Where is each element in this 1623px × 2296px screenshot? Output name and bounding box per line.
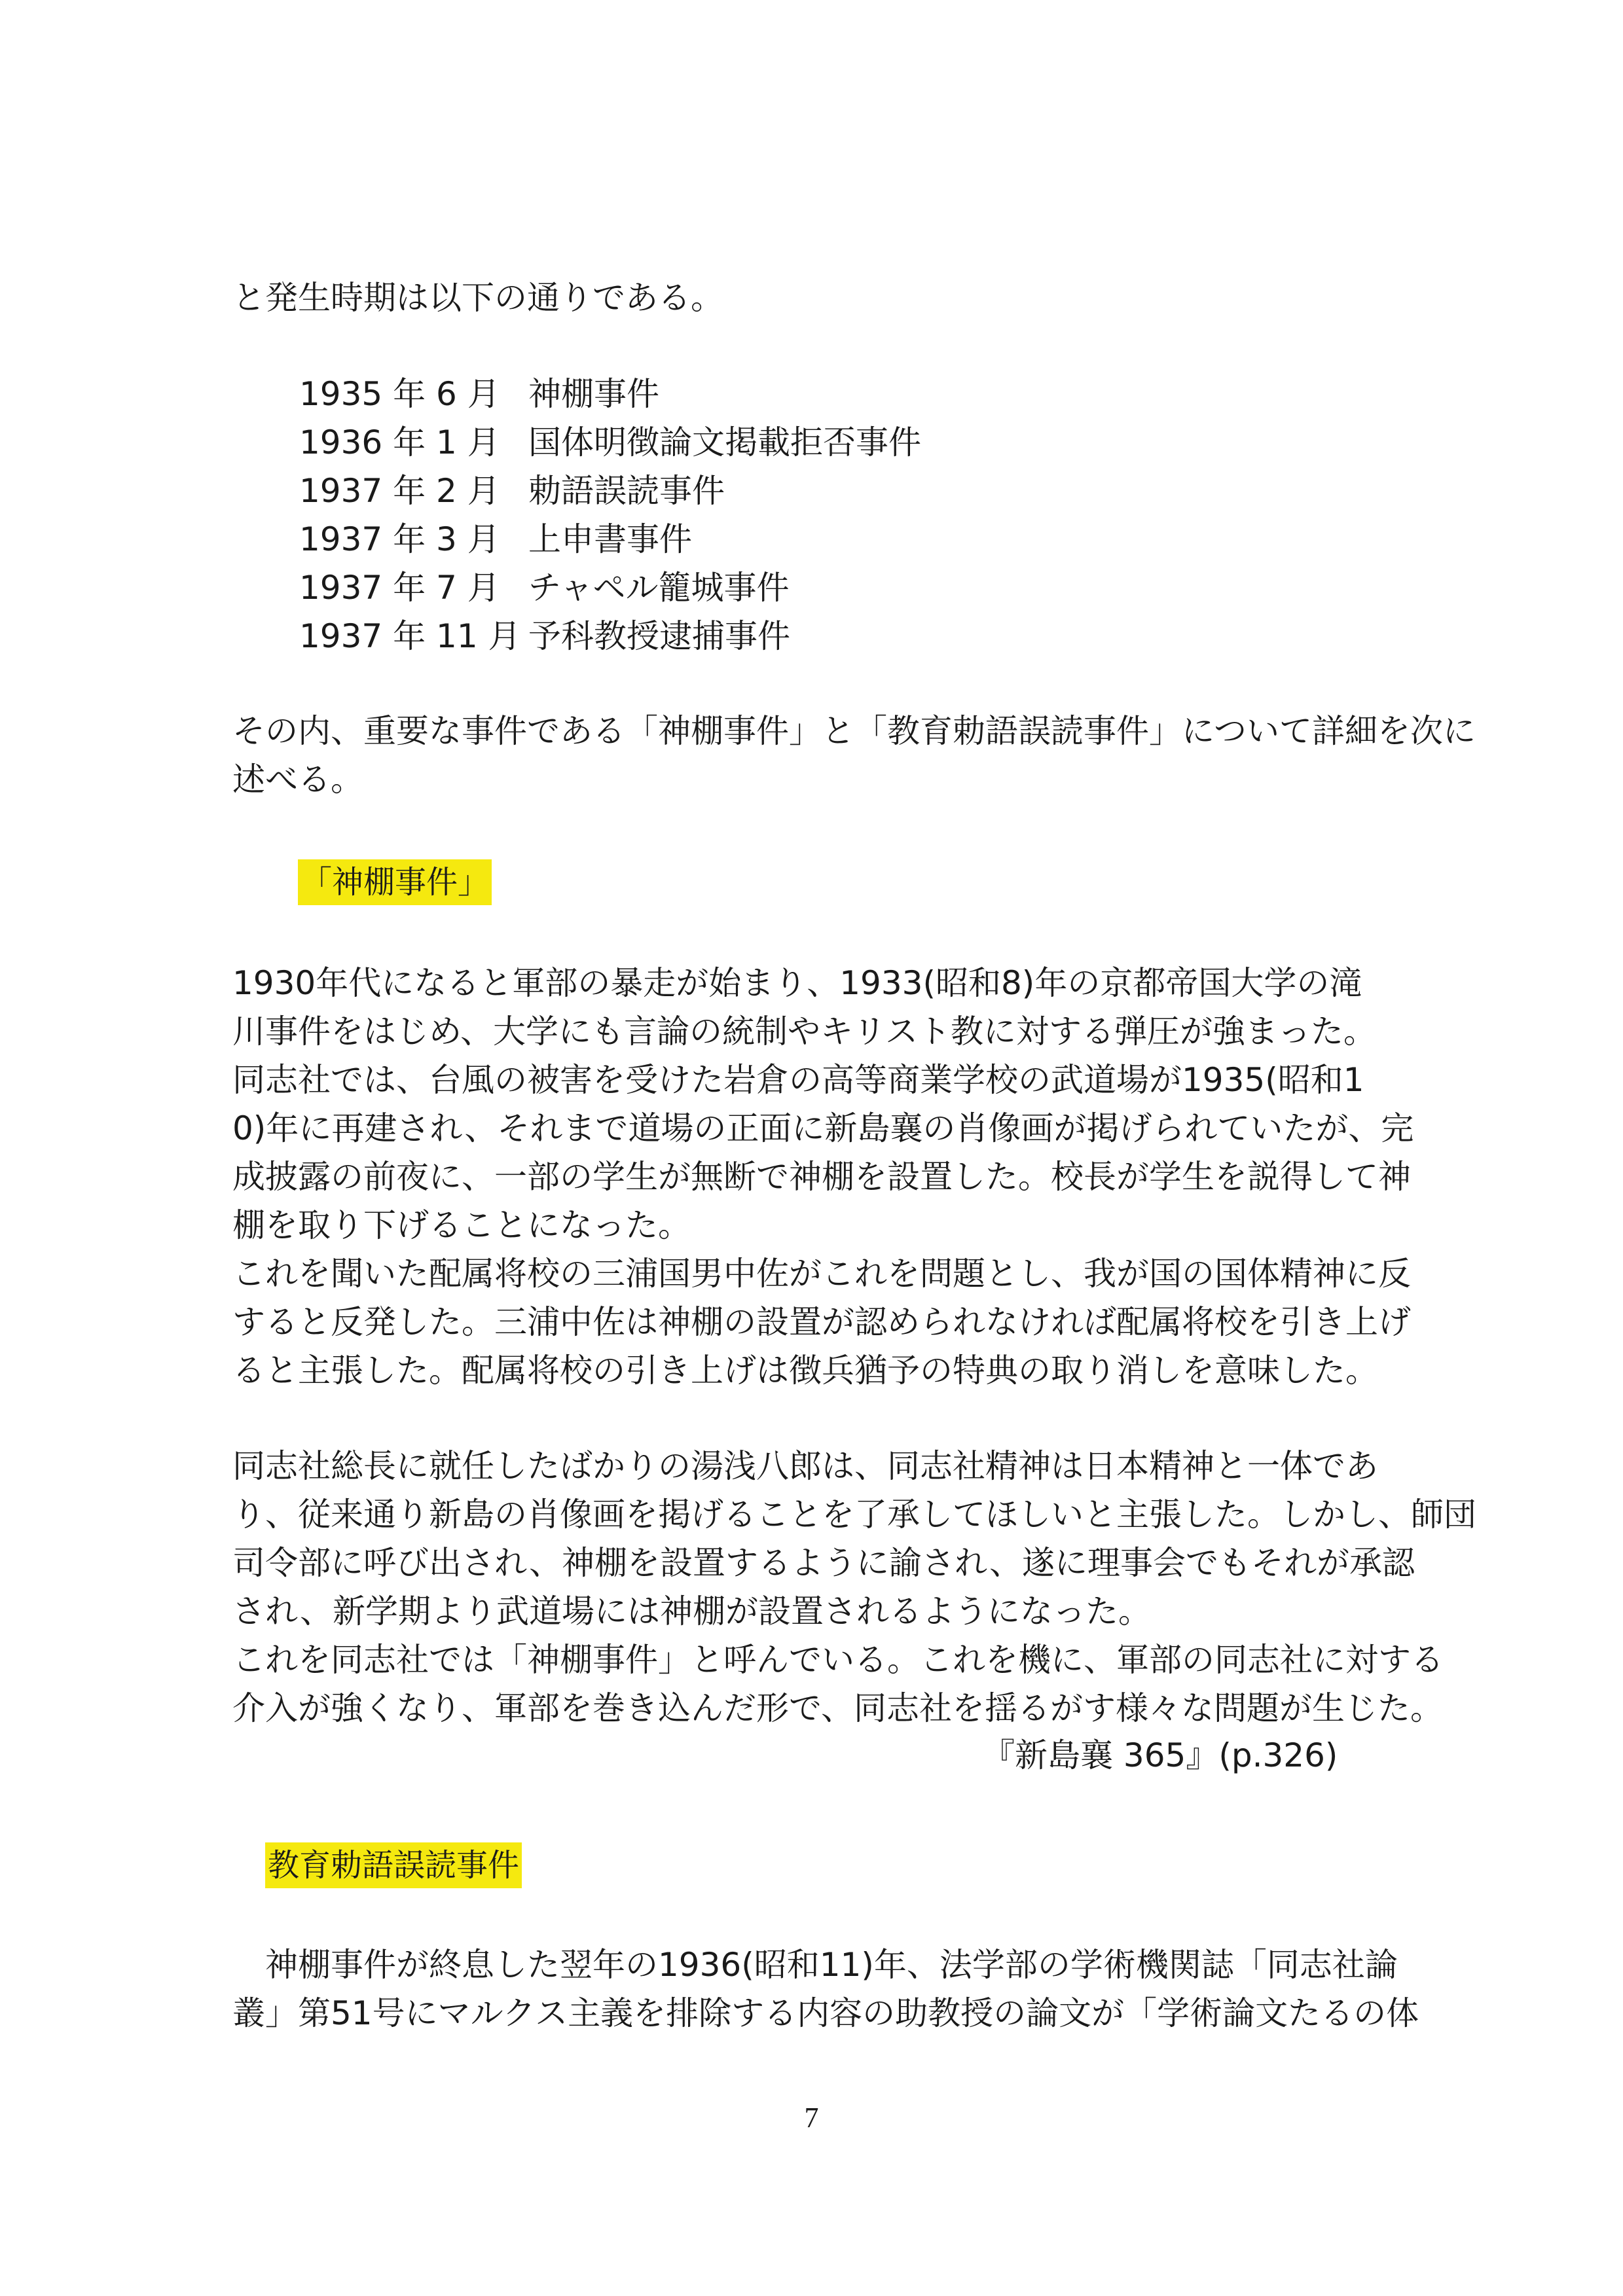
incident-name: 勅語誤読事件 xyxy=(528,472,725,510)
paragraph-line: 川事件をはじめ、大学にも言論の統制やキリスト教に対する弾圧が強まった。 xyxy=(232,1007,1376,1056)
paragraph-line: これを聞いた配属将校の三浦国男中佐がこれを問題とし、我が国の国体精神に反 xyxy=(232,1249,1411,1298)
incident-name: 上申書事件 xyxy=(528,520,692,558)
paragraph-line: 叢」第51号にマルクス主義を排除する内容の助教授の論文が「学術論文たるの体 xyxy=(232,1989,1419,2037)
incident-name: チャペル籠城事件 xyxy=(528,569,790,607)
paragraph-line: 棚を取り下げることになった。 xyxy=(232,1201,691,1249)
incident-date: 1937 年 7 月 xyxy=(299,564,528,612)
paragraph-line: され、新学期より武道場には神棚が設置されるようになった。 xyxy=(232,1587,1151,1636)
summary-line: 述べる。 xyxy=(232,755,363,804)
paragraph-line: 成披露の前夜に、一部の学生が無断で神棚を設置した。校長が学生を説得して神 xyxy=(232,1153,1411,1201)
incident-list-item: 1937 年 3 月上申書事件 xyxy=(299,515,692,564)
incident-date: 1937 年 2 月 xyxy=(299,467,528,515)
paragraph-line: 同志社総長に就任したばかりの湯浅八郎は、同志社精神は日本精神と一体であ xyxy=(232,1442,1378,1490)
section-heading-kamidana: 「神棚事件」 xyxy=(298,859,492,905)
paragraph-line: 司令部に呼び出され、神棚を設置するように諭され、遂に理事会でもそれが承認 xyxy=(232,1539,1415,1587)
incident-date: 1937 年 3 月 xyxy=(299,515,528,564)
paragraph-line: すると反発した。三浦中佐は神棚の設置が認められなければ配属将校を引き上げ xyxy=(232,1298,1411,1346)
page-number: 7 xyxy=(0,2101,1623,2134)
paragraph-line: 0)年に再建され、それまで道場の正面に新島襄の肖像画が掲げられていたが、完 xyxy=(232,1104,1413,1153)
section-heading-rescript: 教育勅語誤読事件 xyxy=(265,1842,522,1888)
incident-date: 1936 年 1 月 xyxy=(299,418,528,467)
paragraph-line: ると主張した。配属将校の引き上げは徴兵猶予の特典の取り消しを意味した。 xyxy=(232,1346,1378,1395)
incident-name: 国体明徴論文掲載拒否事件 xyxy=(528,423,921,461)
paragraph-line: り、従来通り新島の肖像画を掲げることを了承してほしいと主張した。しかし、師団 xyxy=(232,1490,1476,1539)
incident-name: 神棚事件 xyxy=(528,375,659,413)
incident-date: 1937 年 11 月 xyxy=(299,612,528,660)
paragraph-line: 1930年代になると軍部の暴走が始まり、1933(昭和8)年の京都帝国大学の滝 xyxy=(232,959,1362,1007)
incident-date: 1935 年 6 月 xyxy=(299,370,528,418)
incident-list-item: 1936 年 1 月国体明徴論文掲載拒否事件 xyxy=(299,418,921,467)
paragraph-line: これを同志社では「神棚事件」と呼んでいる。これを機に、軍部の同志社に対する xyxy=(232,1636,1444,1684)
incident-list-item: 1937 年 2 月勅語誤読事件 xyxy=(299,467,725,515)
incident-list-item: 1937 年 7 月チャペル籠城事件 xyxy=(299,564,790,612)
incident-name: 予科教授逮捕事件 xyxy=(528,617,790,655)
paragraph-line: 介入が強くなり、軍部を巻き込んだ形で、同志社を揺るがす様々な問題が生じた。 xyxy=(232,1684,1443,1732)
incident-list-item: 1937 年 11 月予科教授逮捕事件 xyxy=(299,612,790,660)
document-page: と発生時期は以下の通りである。 1935 年 6 月神棚事件 1936 年 1 … xyxy=(0,0,1623,2296)
paragraph-line: 神棚事件が終息した翌年の1936(昭和11)年、法学部の学術機関誌「同志社論 xyxy=(232,1941,1398,1989)
summary-line: その内、重要な事件である「神棚事件」と「教育勅語誤読事件」について詳細を次に xyxy=(232,707,1476,755)
citation: 『新島襄 365』(p.326) xyxy=(982,1731,1338,1780)
paragraph-line: 同志社では、台風の被害を受けた岩倉の高等商業学校の武道場が1935(昭和1 xyxy=(232,1056,1364,1104)
incident-list-item: 1935 年 6 月神棚事件 xyxy=(299,370,659,418)
intro-line: と発生時期は以下の通りである。 xyxy=(232,274,723,322)
